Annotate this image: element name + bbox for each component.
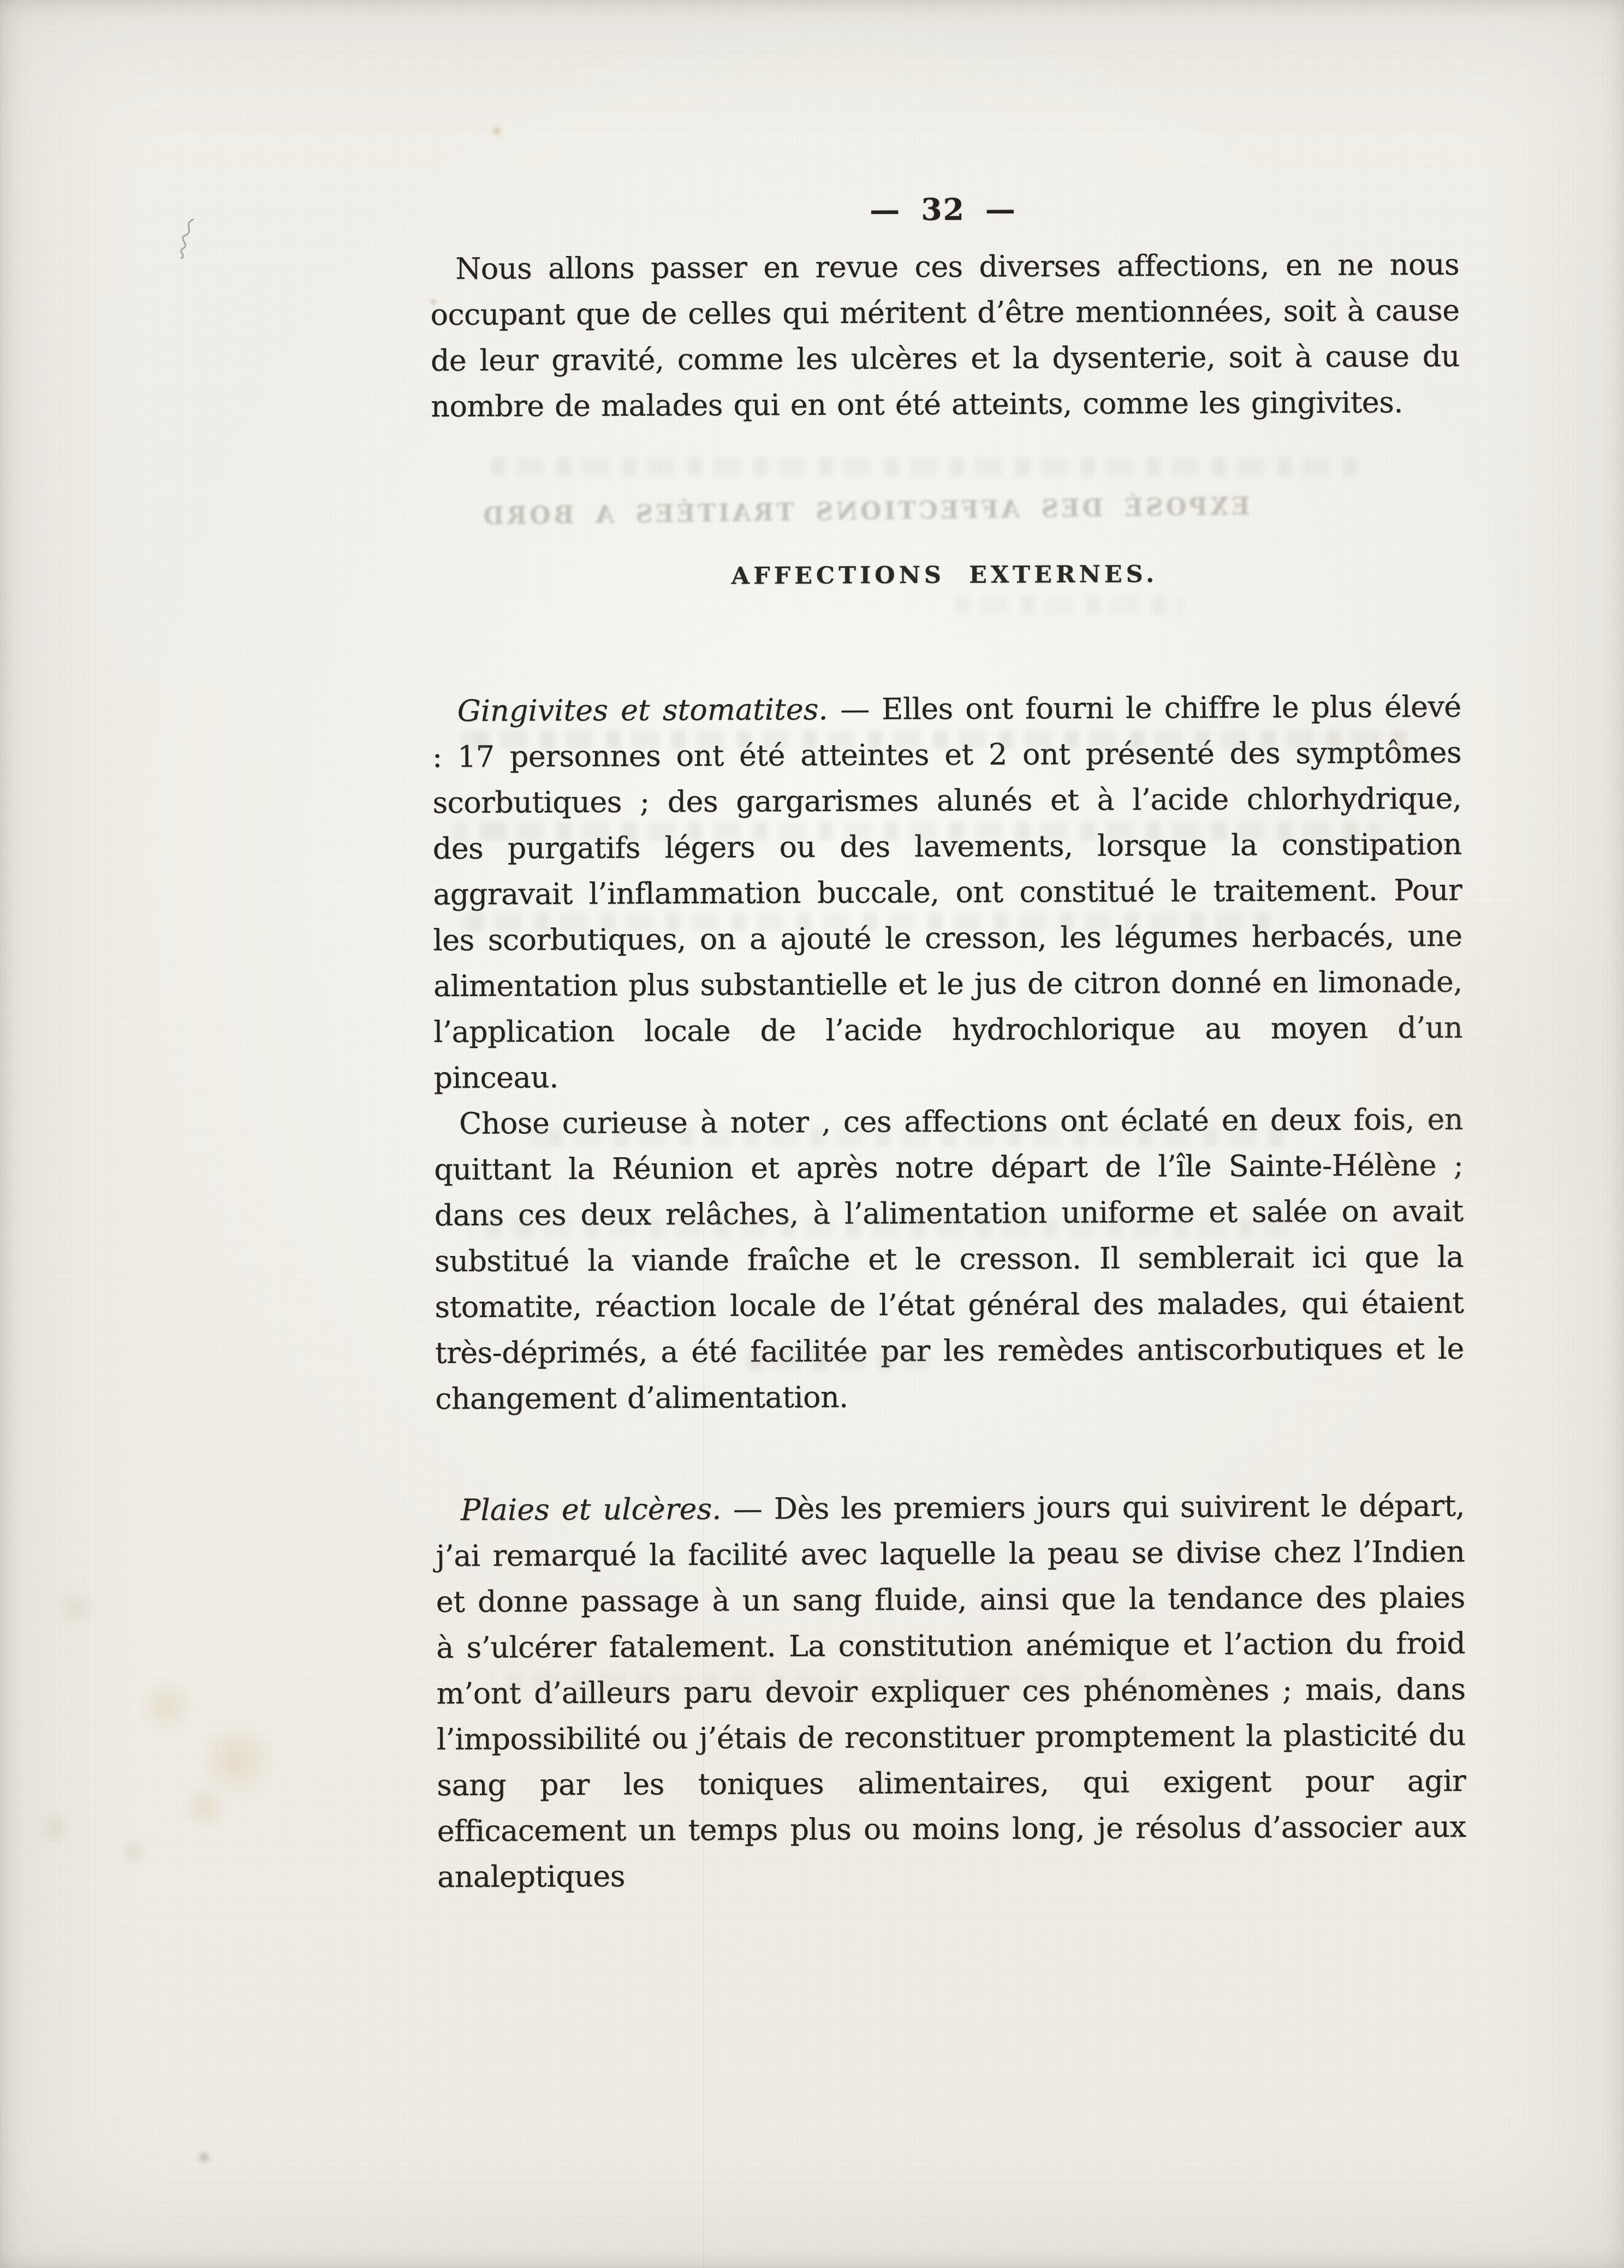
paper-fold-line <box>703 1228 704 2268</box>
ink-squiggle-mark <box>175 217 200 260</box>
page-number: — 32 — <box>430 189 1456 229</box>
showthrough-smudge-band <box>491 457 1365 476</box>
paragraph-gingivites-text: — Elles ont fourni le chiffre le plus él… <box>432 689 1462 1095</box>
section-heading: AFFECTIONS EXTERNES. <box>431 559 1458 591</box>
paragraph-intro: Nous allons passer en revue ces diverses… <box>430 242 1460 430</box>
paragraph-plaies-lead: Plaies et ulcères. <box>461 1492 722 1527</box>
showthrough-mirrored-header: EXPOSÉ DES AFFECTIONS TRAITÉES A BORD <box>352 491 1379 532</box>
showthrough-smudge-band <box>491 1674 1146 1692</box>
showthrough-smudge-band <box>748 1352 928 1370</box>
showthrough-smudge-band <box>459 913 1277 931</box>
paragraph-gingivites-lead: Gingivites et stomatites. <box>457 692 828 728</box>
showthrough-smudge-band <box>519 1128 1283 1146</box>
paragraph-intro-text: Nous allons passer en revue ces diverses… <box>430 247 1460 424</box>
scanned-book-page: — 32 — Nous allons passer en revue ces d… <box>0 0 1624 2268</box>
showthrough-smudge-band <box>453 730 1408 749</box>
showthrough-smudge-band <box>955 596 1185 615</box>
paragraph-chose-curieuse-text: Chose curieuse à noter , ces affections … <box>434 1102 1464 1416</box>
body-text-block: Gingivites et stomatites. — Elles ont fo… <box>432 684 1466 1900</box>
showthrough-smudge-band <box>469 1218 1288 1237</box>
showthrough-smudge-band <box>453 822 1381 841</box>
